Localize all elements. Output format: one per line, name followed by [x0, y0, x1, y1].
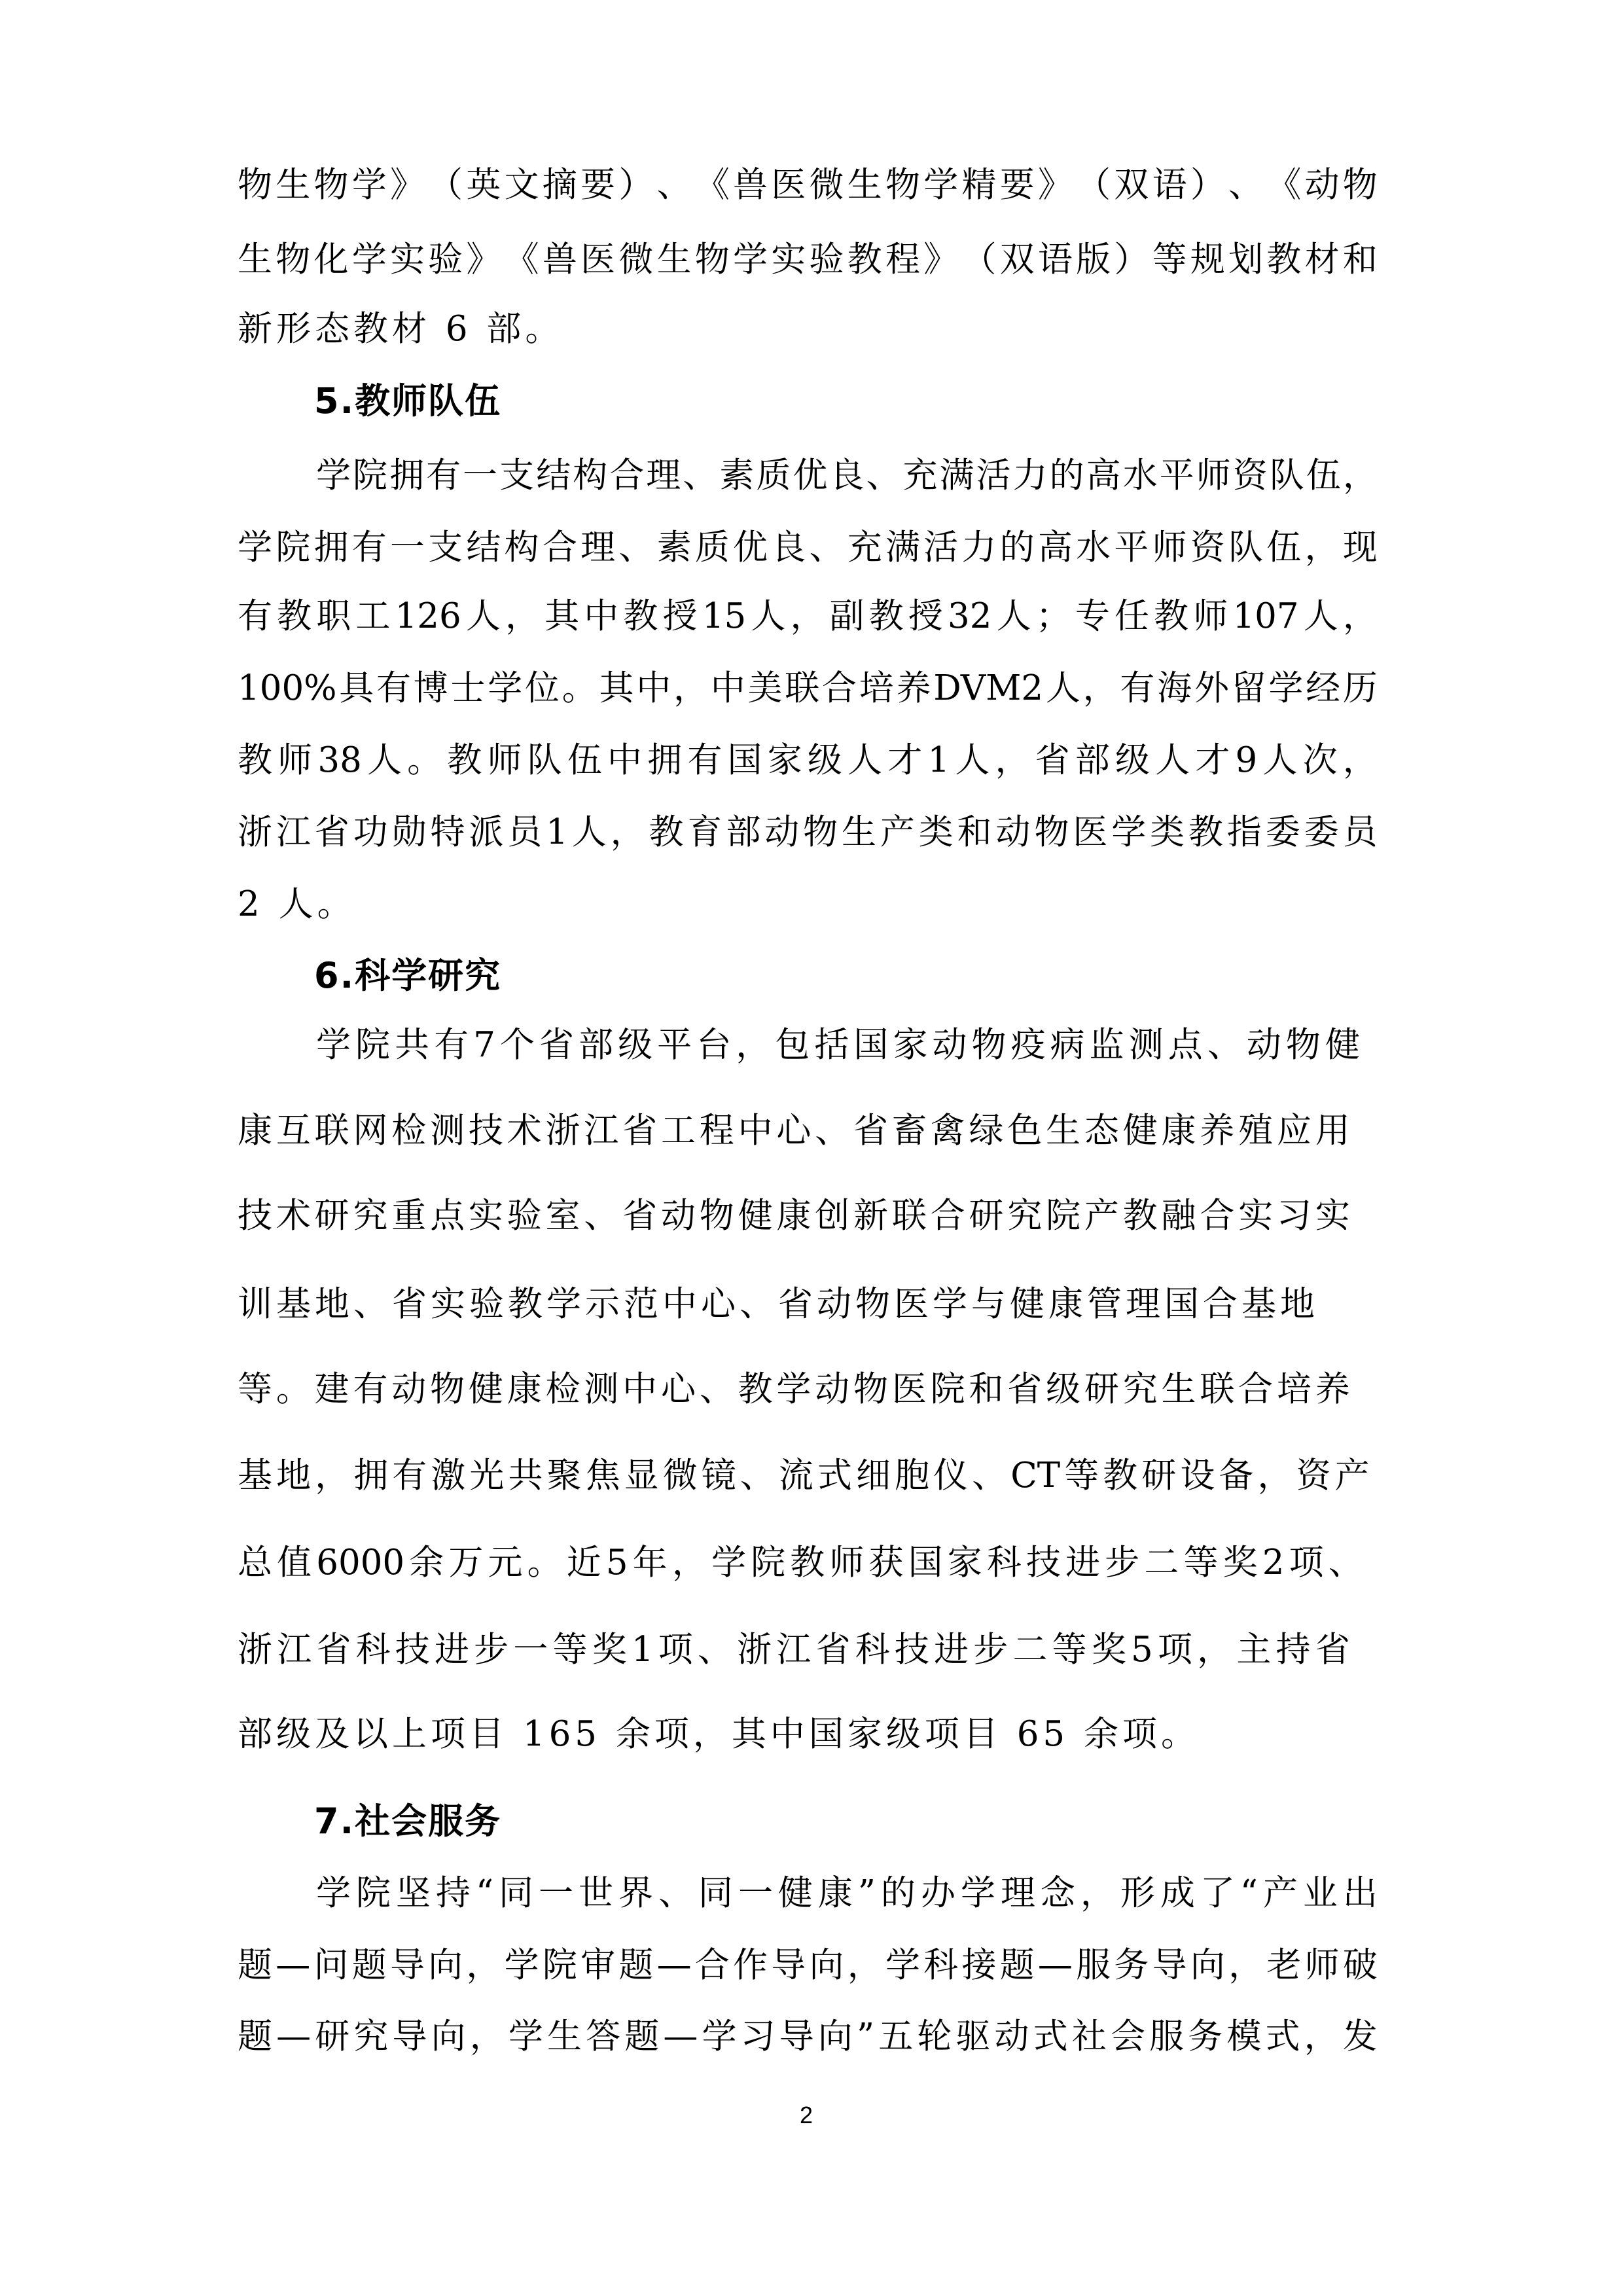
- paragraph-line: 浙江省科技进步一等奖1项、浙江省科技进步二等奖5项，主持省: [238, 1627, 1350, 1673]
- paragraph-line: 基地，拥有激光共聚焦显微镜、流式细胞仪、CT等教研设备，资产: [238, 1453, 1370, 1499]
- section-heading-social-service: 7.社会服务: [314, 1799, 501, 1844]
- paragraph-line: 学院拥有一支结构合理、素质优良、充满活力的高水平师资队伍，现: [238, 525, 1378, 571]
- paragraph-line: 新形态教材 6 部。: [238, 306, 563, 352]
- paragraph-line: 学院坚持“同一世界、同一健康”的办学理念，形成了“产业出: [316, 1871, 1378, 1916]
- paragraph-line: 训基地、省实验教学示范中心、省动物医学与健康管理国合基地: [238, 1282, 1319, 1327]
- section-heading-teachers: 5.教师队伍: [314, 378, 501, 424]
- paragraph-line: 康互联网检测技术浙江省工程中心、省畜禽绿色生态健康养殖应用: [238, 1108, 1350, 1154]
- paragraph-line: 等。建有动物健康检测中心、教学动物医院和省级研究生联合培养: [238, 1367, 1350, 1412]
- paragraph-line: 100%具有博士学位。其中，中美联合培养DVM2人，有海外留学经历: [238, 666, 1378, 711]
- paragraph-line: 技术研究重点实验室、省动物健康创新联合研究院产教融合实习实: [238, 1193, 1350, 1239]
- paragraph-line: 部级及以上项目 165 余项，其中国家级项目 65 余项。: [238, 1712, 1200, 1757]
- paragraph-line: 学院共有7个省部级平台，包括国家动物疫病监测点、动物健: [316, 1022, 1360, 1068]
- paragraph-line: 总值6000余万元。近5年，学院教师获国家科技进步二等奖2项、: [238, 1540, 1363, 1586]
- section-heading-research: 6.科学研究: [314, 953, 501, 999]
- document-page: 物生物学》（英文摘要）、《兽医微生物学精要》（双语）、《动物 生物化学实验》《兽…: [0, 0, 1623, 2296]
- paragraph-line: 教师38人。教师队伍中拥有国家级人才1人，省部级人才9人次，: [238, 738, 1378, 783]
- paragraph-line: 浙江省功勋特派员1人，教育部动物生产类和动物医学类教指委委员: [238, 810, 1378, 855]
- page-number: 2: [800, 2102, 813, 2128]
- paragraph-line: 题—研究导向，学生答题—学习导向”五轮驱动式社会服务模式，发: [238, 2014, 1378, 2060]
- paragraph-line: 生物化学实验》《兽医微生物学实验教程》（双语版）等规划教材和: [238, 237, 1378, 283]
- paragraph-line: 学院拥有一支结构合理、素质优良、充满活力的高水平师资队伍，: [316, 453, 1378, 499]
- paragraph-line: 2 人。: [238, 882, 356, 927]
- paragraph-line: 题—问题导向，学院审题—合作导向，学科接题—服务导向，老师破: [238, 1943, 1378, 1988]
- paragraph-line: 物生物学》（英文摘要）、《兽医微生物学精要》（双语）、《动物: [238, 162, 1378, 208]
- paragraph-line: 有教职工126人，其中教授15人，副教授32人；专任教师107人，: [238, 594, 1378, 639]
